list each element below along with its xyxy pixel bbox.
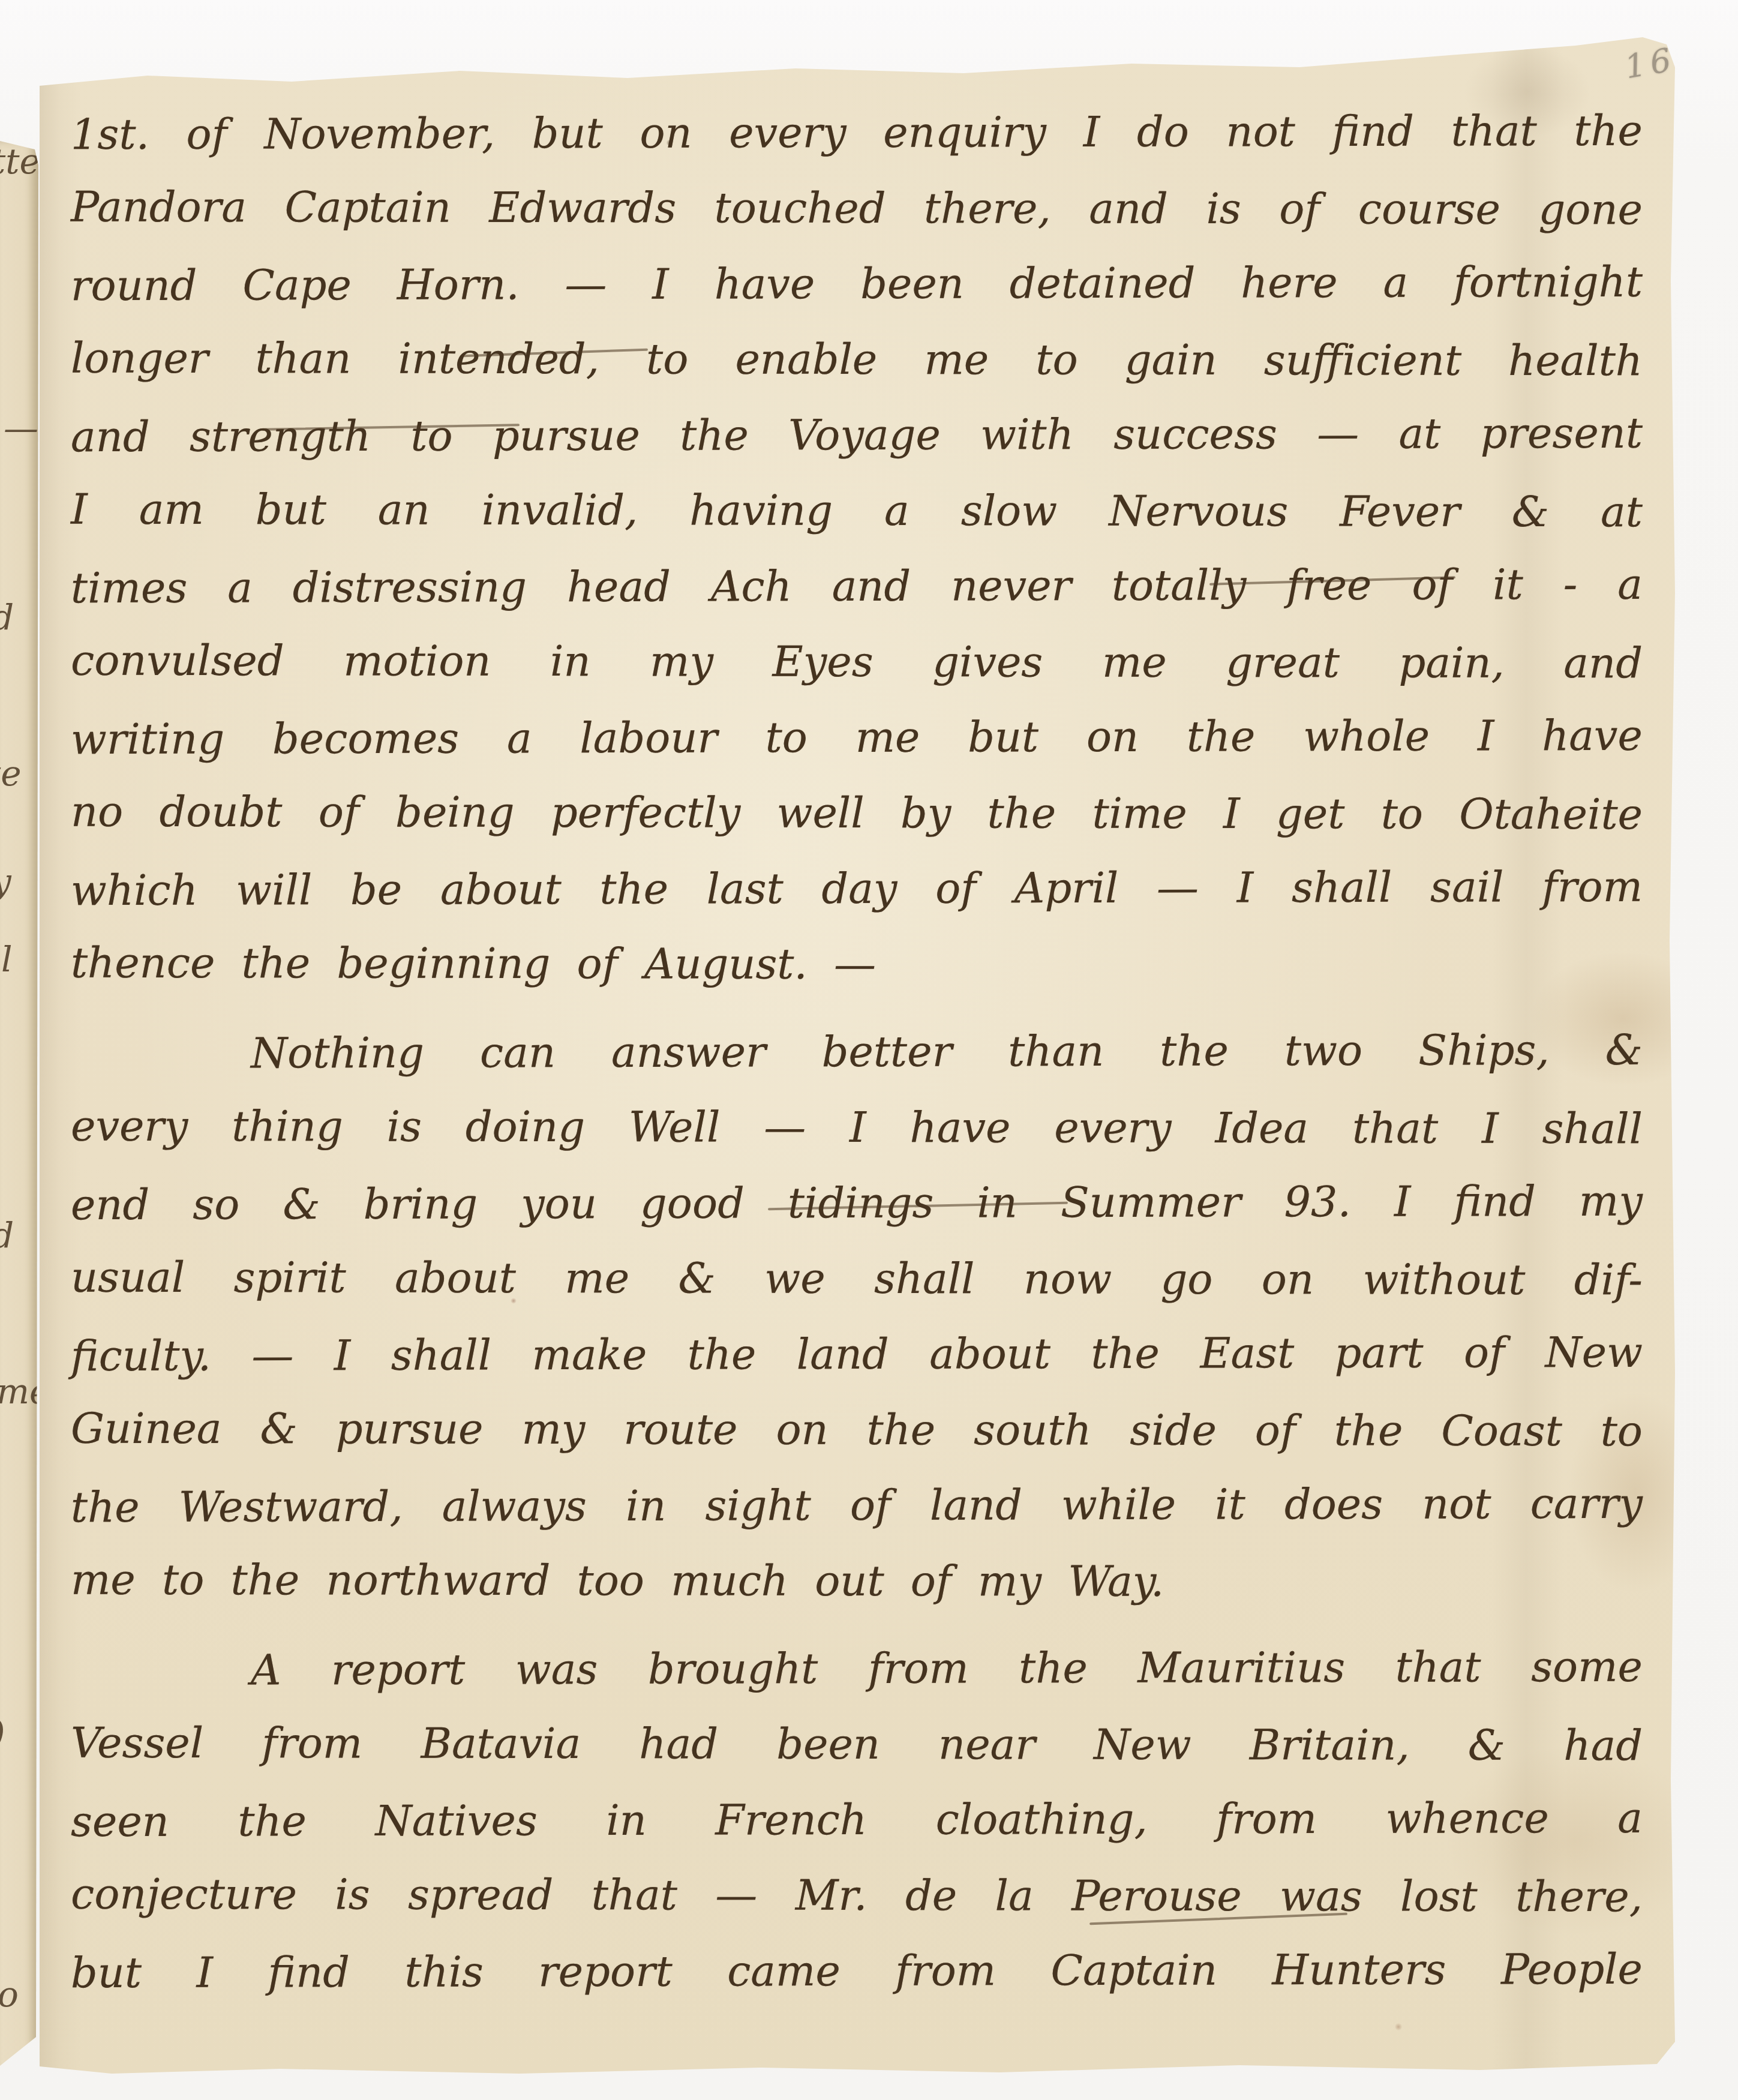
letter-line: I am but an invalid, having a slow Nervo… (71, 472, 1643, 550)
margin-fragment: — (4, 408, 38, 449)
letter-line: 1st. of November, but on every enquiry I… (71, 93, 1643, 172)
letter-line: and strength to pursue the Voyage with s… (71, 395, 1643, 475)
margin-fragment: d (0, 1215, 14, 1256)
margin-fragment: me (0, 1371, 38, 1412)
letter-line: thence the beginning of August. — (71, 925, 1643, 1004)
letter-line: convulsed motion in my Eyes gives me gre… (71, 623, 1643, 701)
letter-line: which will be about the last day of Apri… (71, 849, 1643, 928)
letter-line: Vessel from Batavia had been near New Br… (71, 1705, 1643, 1784)
folio-page-number: 168 (1622, 35, 1703, 86)
letter-line: Nothing can answer better than the two S… (71, 1012, 1643, 1091)
letter-line: me to the northward too much out of my W… (71, 1542, 1643, 1621)
letter-line: Pandora Captain Edwards touched there, a… (71, 169, 1643, 248)
letter-line: Guinea & pursue my route on the south si… (71, 1391, 1643, 1469)
letter-page: 168 1st. of November, but on every enqui… (40, 29, 1675, 2076)
letter-line: seen the Natives in French cloathing, fr… (71, 1780, 1643, 1859)
margin-fragment: y (0, 861, 11, 902)
letter-line: end so & bring you good tidings in Summe… (71, 1163, 1643, 1243)
letter-line: A report was brought from the Mauritius … (71, 1629, 1643, 1708)
margin-fragment: te (0, 753, 22, 794)
adjacent-page-edge: tte·—dteyldmel)o (0, 141, 38, 2073)
letter-line: but I find this report came from Captain… (71, 1931, 1643, 2011)
letter-line: round Cape Horn. — I have been detained … (71, 244, 1643, 323)
margin-fragment: tte (0, 141, 38, 182)
letter-line: usual spirit about me & we shall now go … (71, 1240, 1643, 1318)
letter-line: the Westward, always in sight of land wh… (71, 1466, 1643, 1545)
margin-fragment: o (0, 1974, 19, 2015)
letter-line: conjecture is spread that — Mr. de la Pe… (71, 1856, 1643, 1935)
letter-line: longer than intended, to enable me to ga… (71, 320, 1643, 399)
margin-fragment: ) (0, 1713, 5, 1754)
margin-fragment: · (0, 270, 2, 311)
letter-lines: 1st. of November, but on every enquiry I… (71, 95, 1643, 2009)
letter-line: times a distressing head Ach and never t… (71, 547, 1643, 626)
letter-line: ficulty. — I shall make the land about t… (71, 1315, 1643, 1394)
margin-fragment: d (0, 597, 14, 638)
scan-background: { "document": { "kind": "handwritten-let… (0, 0, 1738, 2100)
margin-fragment: l (1, 939, 13, 980)
letter-line: writing becomes a labour to me but on th… (71, 698, 1643, 777)
letter-line: every thing is doing Well — I have every… (71, 1088, 1643, 1167)
letter-line: no doubt of being perfectly well by the … (71, 774, 1643, 853)
